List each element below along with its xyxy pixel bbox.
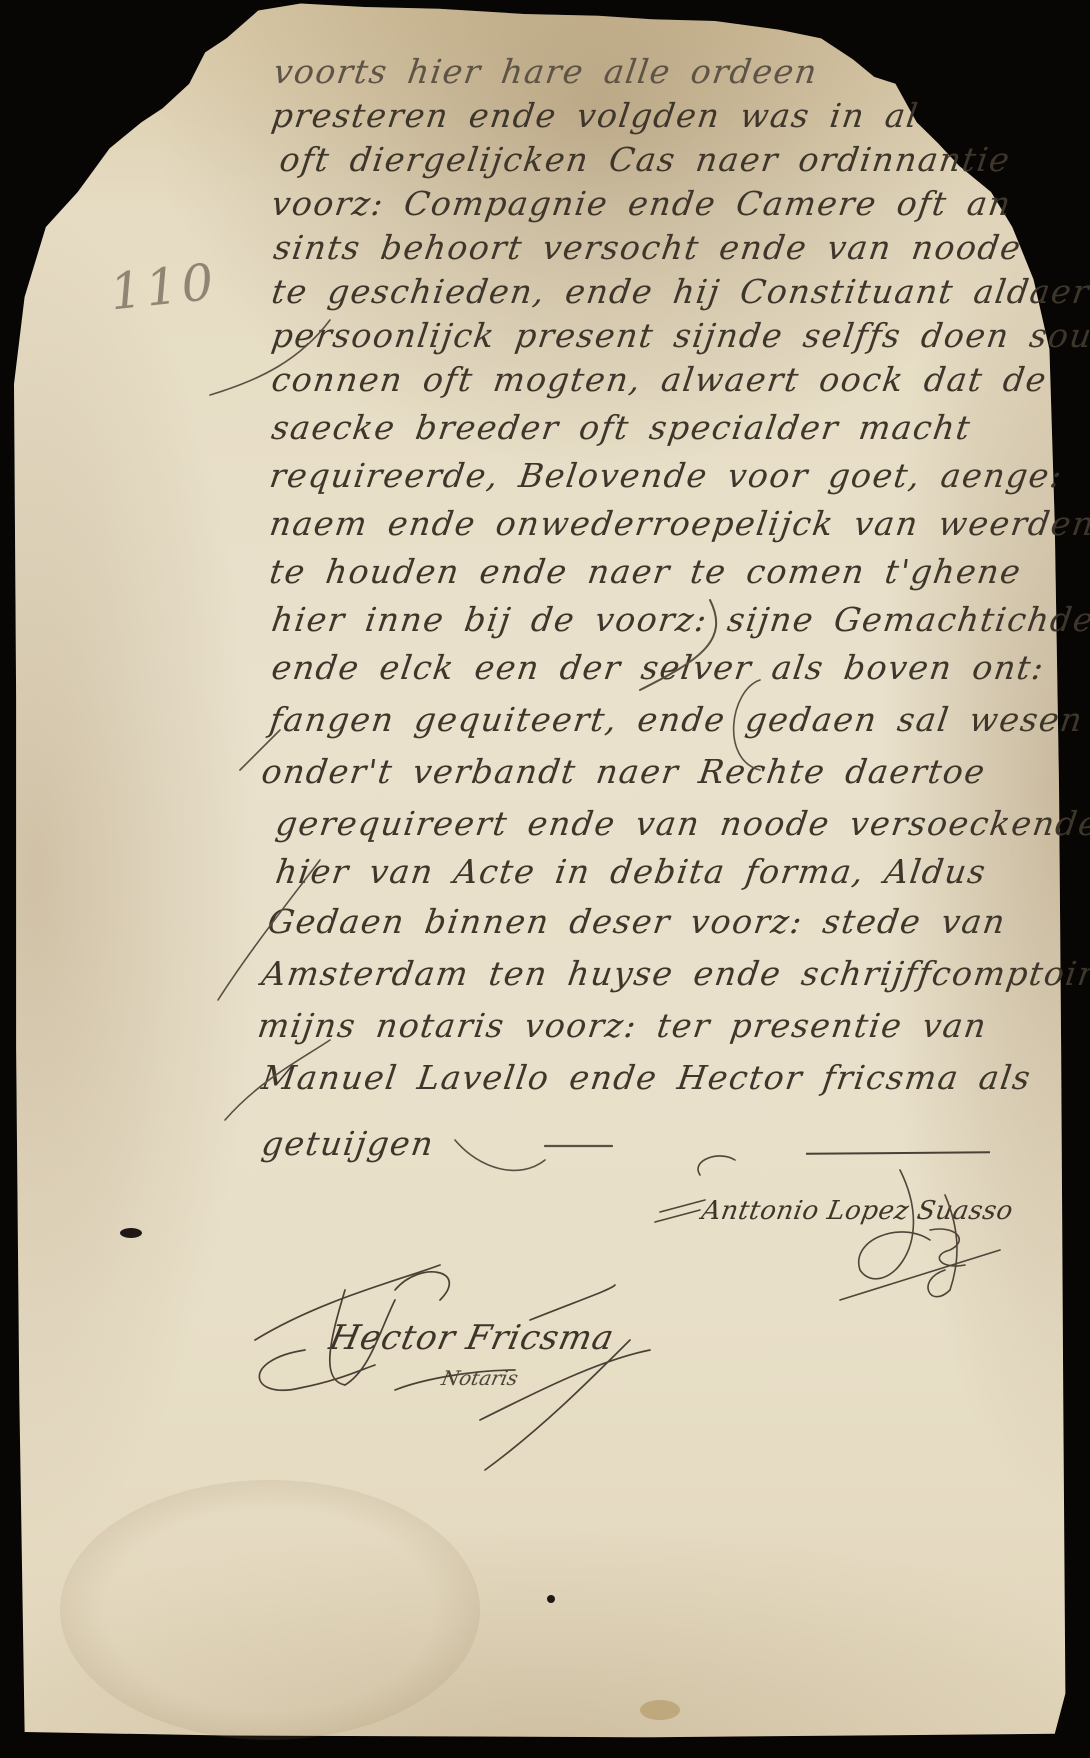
text-line: Amsterdam ten huyse ende schrijffcomptoi… [259,954,1090,993]
text-line: naem ende onwederroepelijck van weerden [267,504,1090,543]
folio-number: 110 [107,253,220,322]
text-line: mijns notaris voorz: ter presentie van [255,1006,990,1045]
text-line: Manuel Lavello ende Hector fricsma als [259,1058,1034,1097]
ink-blot [547,1595,555,1603]
ink-blot [120,1228,142,1238]
text-line: requireerde, Belovende voor goet, aenge: [267,456,1065,495]
text-line: presteren ende volgden was in al [269,96,921,135]
text-line: ende elck een der selver als boven ont: [269,648,1047,687]
text-line: sints behoort versocht ende van noode [271,228,1024,267]
text-line: voorz: Compagnie ende Camere oft an [269,184,1014,223]
signature-notary-title: Notaris [439,1366,520,1390]
text-line: oft diergelijcken Cas naer ordinnantie [277,140,1013,179]
text-line: connen oft mogten, alwaert oock dat de [269,360,1050,399]
text-line: hier van Acte in debita forma, Aldus [273,852,989,891]
text-line: saecke breeder oft specialder macht [269,408,974,447]
text-line: gerequireert ende van noode versoeckende [273,804,1090,843]
text-line: hier inne bij de voorz: sijne Gemachtich… [269,600,1090,639]
text-line: persoonlijck present sijnde selffs doen … [269,316,1090,355]
signature-notary: Hector Fricsma [326,1318,618,1358]
text-line: voorts hier hare alle ordeen [271,52,820,91]
signature-principal: Anttonio Lopez Suasso [699,1196,1015,1226]
text-line: getuijgen [259,1124,437,1163]
text-line: te geschieden, ende hij Constituant alda… [269,272,1090,311]
text-line: onder't verbandt naer Rechte daertoe [259,752,988,791]
text-line: te houden ende naer te comen t'ghene [267,552,1024,591]
text-line: Gedaen binnen deser voorz: stede van [265,902,1008,941]
text-line: fangen gequiteert, ende gedaen sal wesen [267,700,1086,739]
